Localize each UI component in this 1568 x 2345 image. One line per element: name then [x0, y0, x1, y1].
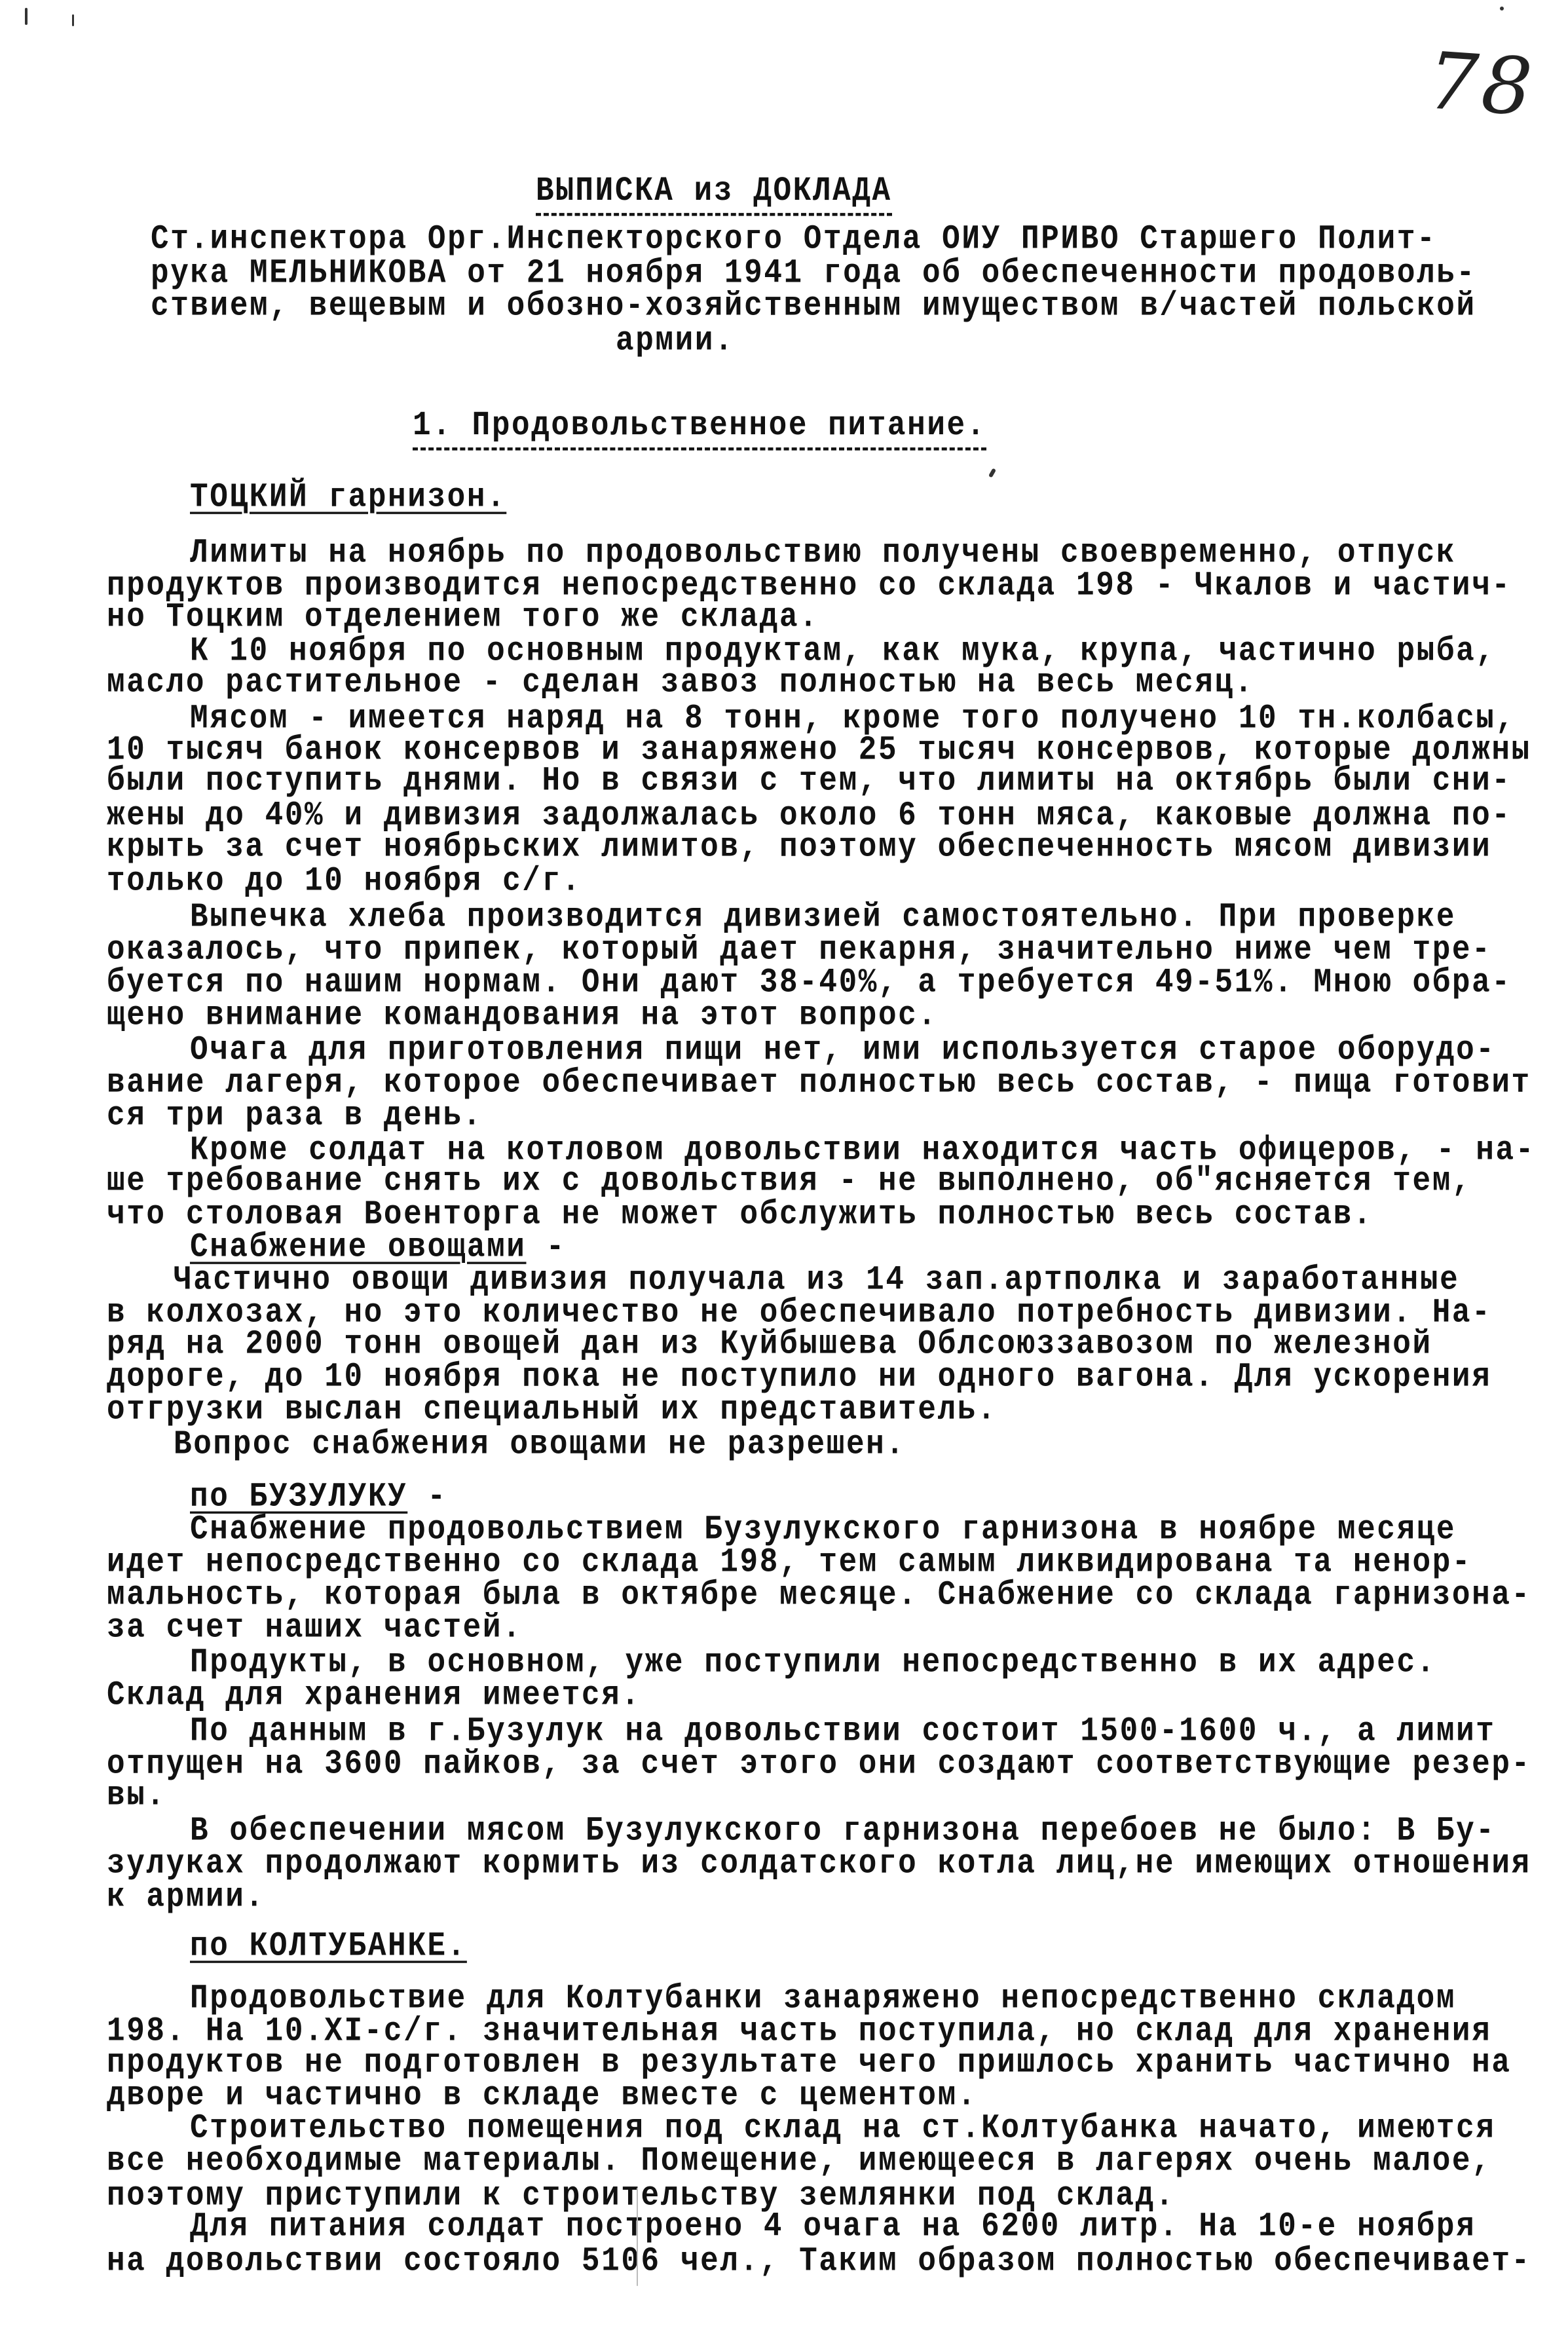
subtitle-line-4: армии. [616, 322, 734, 360]
body-text-line: Склад для хранения имеется. [107, 1676, 641, 1714]
body-text-line: Для питания солдат построено 4 очага на … [190, 2207, 1476, 2245]
section-heading: 1. Продовольственное питание. [413, 406, 986, 450]
body-text-line: ся три раза в день. [107, 1097, 483, 1135]
body-text-line: отпущен на 3600 пайков, за счет этого он… [107, 1745, 1531, 1783]
body-text-line: отгрузки выслан специальный их представи… [107, 1391, 997, 1429]
subtitle-line-1: Ст.инспектора Орг.Инспекторского Отдела … [151, 220, 1436, 258]
scan-mark [25, 8, 28, 25]
document-title: ВЫПИСКА из ДОКЛАДА [536, 172, 892, 216]
scan-mark [637, 2188, 638, 2286]
body-text-line: на довольствии состояло 5106 чел., Таким… [107, 2242, 1531, 2280]
body-text-line: ше требование снять их с довольствия - н… [107, 1162, 1472, 1200]
body-text-line: все необходимые материалы. Помещение, им… [107, 2142, 1491, 2180]
body-text-line: вы. [107, 1776, 166, 1814]
body-text-line: масло растительное - сделан завоз полнос… [107, 664, 1254, 702]
handwritten-page-number: 78 [1425, 35, 1539, 134]
subsection-heading: ТОЦКИЙ гарнизон. [190, 478, 506, 516]
body-text-line: Вопрос снабжения овощами не разрешен. [174, 1425, 906, 1463]
body-text-line: были поступить днями. Но в связи с тем, … [107, 762, 1512, 800]
body-text-line: зулуках продолжают кормить из солдатског… [107, 1845, 1531, 1883]
subtitle-line-3: ствием, вещевым и обозно-хозяйственным и… [151, 287, 1476, 325]
document-page: 78 ВЫПИСКА из ДОКЛАДА Ст.инспектора Орг.… [0, 0, 1568, 2345]
subsection-heading: по КОЛТУБАНКЕ. [190, 1927, 467, 1965]
body-text-line: к армии. [107, 1878, 265, 1916]
body-text-line: только до 10 ноября с/г. [107, 862, 582, 900]
scan-mark [988, 468, 996, 478]
body-text-line: но Тоцким отделением того же склада. [107, 598, 819, 636]
body-text-line: крыть за счет ноябрьских лимитов, поэтом… [107, 828, 1491, 866]
body-text-line: за счет наших частей. [107, 1609, 522, 1647]
body-text-line: щено внимание командования на этот вопро… [107, 996, 938, 1034]
scan-mark [72, 14, 74, 26]
scan-mark [1500, 7, 1504, 10]
